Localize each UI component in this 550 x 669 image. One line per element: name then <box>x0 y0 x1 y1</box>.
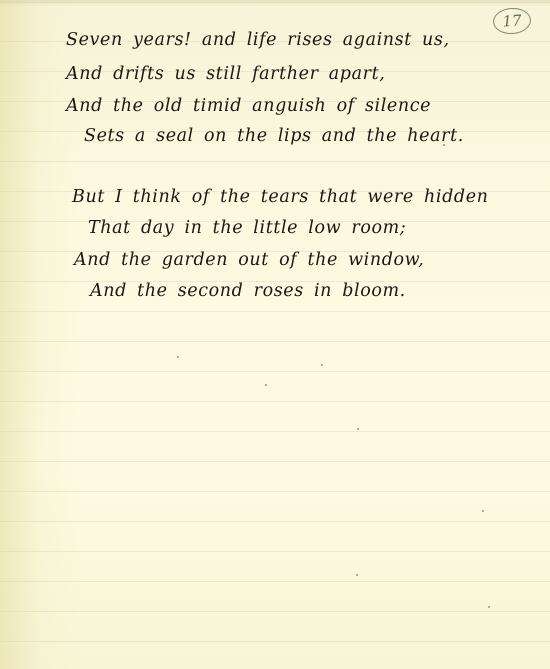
ink-speck <box>482 510 484 512</box>
ink-speck <box>488 606 490 608</box>
poem-line: Sets a seal on the lips and the heart. <box>84 126 464 146</box>
poem-line: And the old timid anguish of silence <box>66 96 431 116</box>
poem-line: But I think of the tears that were hidde… <box>72 187 489 207</box>
ink-speck <box>357 428 359 430</box>
ink-speck <box>177 356 179 358</box>
page-number: 17 <box>492 7 532 36</box>
manuscript-page: 17 Seven years! and life rises against u… <box>0 0 550 669</box>
poem-line: That day in the little low room; <box>88 218 406 238</box>
ink-speck <box>443 144 445 146</box>
ink-speck <box>265 384 267 386</box>
poem-line: Seven years! and life rises against us, <box>66 30 450 50</box>
poem-line: And drifts us still farther apart, <box>66 64 385 84</box>
ink-speck <box>321 364 323 366</box>
poem-line: And the second roses in bloom. <box>90 281 406 301</box>
poem-line: And the garden out of the window, <box>74 250 424 270</box>
ink-speck <box>356 574 358 576</box>
